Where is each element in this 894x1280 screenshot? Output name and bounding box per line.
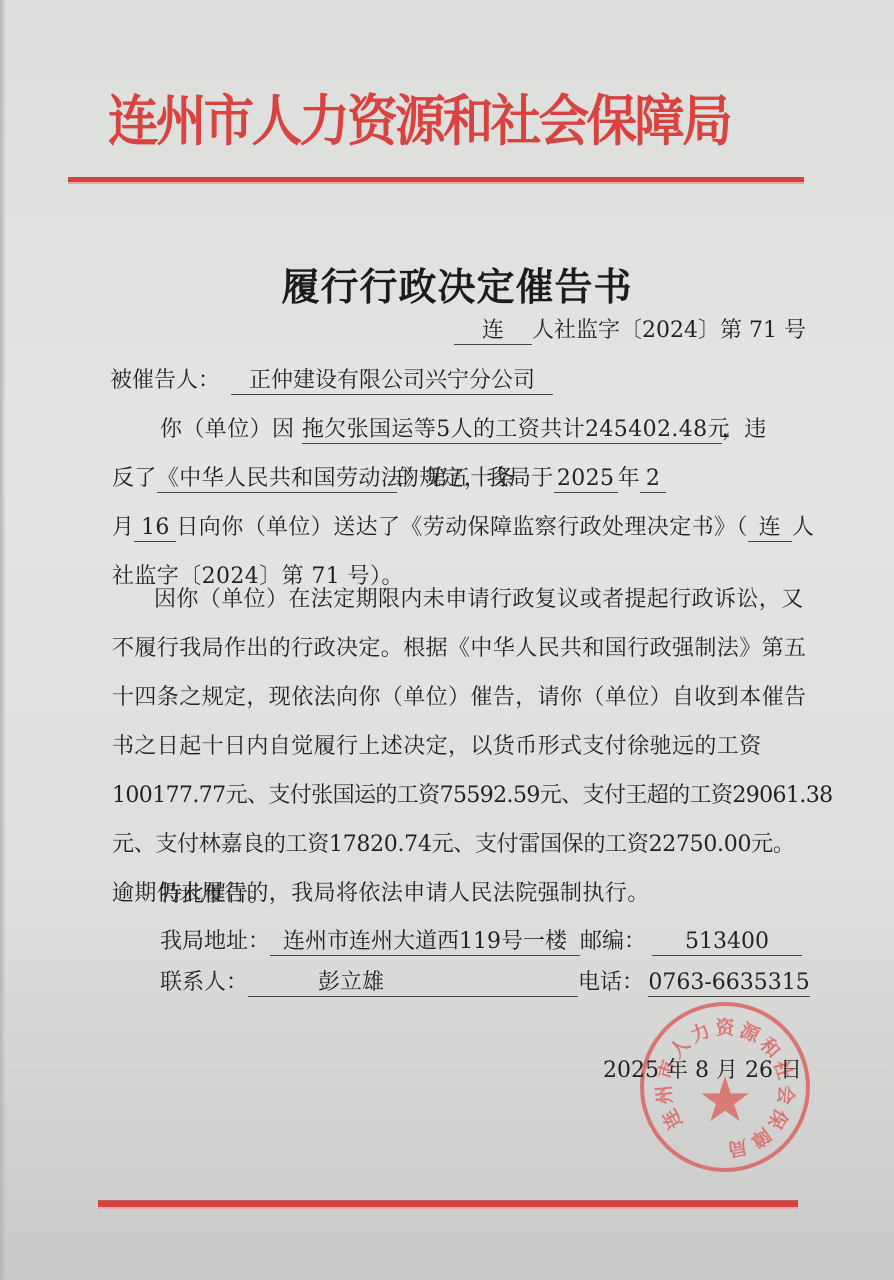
month-fill: 2	[640, 466, 666, 493]
recipient-label: 被催告人：	[110, 368, 220, 393]
p1-text: 反了	[112, 466, 157, 491]
p1-text: 人	[792, 515, 814, 540]
official-seal: 连 州 市 人 力 资 源 和 社 会 保 障 局 ★	[640, 1002, 810, 1172]
contact-value: 彭立雄	[248, 970, 578, 997]
page-edge-shadow	[0, 0, 6, 1280]
document-page: 连州市人力资源和社会保障局 履行行政决定催告书 连人社监字〔2024〕第 71 …	[0, 0, 894, 1280]
postcode-label: 邮编：	[580, 929, 646, 954]
contact-label: 联系人：	[160, 970, 248, 995]
issue-date: 2025 年 8 月 26 日	[603, 1056, 802, 1086]
phone-label: 电话：	[578, 970, 644, 995]
closing-text: 特此催告。	[160, 880, 270, 910]
phone-value: 0763-6635315	[648, 970, 810, 997]
p1-text: ，违	[722, 417, 767, 442]
p1-text: 日向你（单位）送达了《劳动保障监察行政处理决定书》（	[176, 515, 747, 540]
document-number: 连人社监字〔2024〕第 71 号	[454, 316, 806, 346]
p2-line-6: 元、支付林嘉良的工资17820.74元、支付雷国保的工资22750.00元。	[112, 820, 795, 869]
p1-line-3: 月16日向你（单位）送达了《劳动保障监察行政处理决定书》（连人	[112, 503, 814, 552]
letterhead-org-name: 连州市人力资源和社会保障局	[108, 88, 715, 154]
recipient-line: 被催告人： 正仲建设有限公司兴宁分公司	[110, 366, 553, 396]
doc-number-suffix: 人社监字〔2024〕第 71 号	[532, 318, 806, 343]
p2-line-2: 不履行我局作出的行政决定。根据《中华人民共和国行政强制法》第五	[112, 624, 806, 673]
postcode-value: 513400	[652, 929, 802, 956]
footer-red-rule	[98, 1200, 798, 1209]
violation-fill: 拖欠张国运等5人的工资共计245402.48元	[302, 417, 722, 444]
p1-line-2: 反了《中华人民共和国劳动法》第五十条的规定，我局于2025年2	[112, 454, 666, 503]
address-line: 我局地址：连州市连州大道西119号一楼邮编：513400	[160, 927, 802, 957]
address-value: 连州市连州大道西119号一楼	[270, 929, 580, 956]
year-fill: 2025	[554, 466, 618, 493]
p2-line-3: 十四条之规定，现依法向你（单位）催告，请你（单位）自收到本催告	[112, 673, 806, 722]
p1-text: 月	[112, 515, 134, 540]
day-fill: 16	[134, 515, 176, 542]
letterhead-red-rule	[68, 177, 804, 184]
document-title: 履行行政决定催告书	[0, 256, 894, 311]
p1-text: 的规定，我局于	[397, 466, 554, 491]
recipient-value: 正仲建设有限公司兴宁分公司	[231, 368, 553, 395]
p1-text: 你（单位）因	[160, 417, 294, 442]
doc-number-prefix-fill: 连	[454, 318, 532, 345]
p2-line-1: 因你（单位）在法定期限内未申请行政复议或者提起行政诉讼，又	[154, 575, 804, 624]
p2-line-5: 100177.77元、支付张国运的工资75592.59元、支付王超的工资2906…	[112, 771, 833, 820]
law-fill: 《中华人民共和国劳动法》第五十条	[157, 466, 397, 493]
address-label: 我局地址：	[160, 929, 270, 954]
decision-prefix-fill: 连	[748, 515, 792, 542]
p1-text: 年	[618, 466, 640, 491]
p1-line-1: 你（单位）因 拖欠张国运等5人的工资共计245402.48元，违	[160, 405, 767, 454]
p2-line-4: 书之日起十日内自觉履行上述决定，以货币形式支付徐驰远的工资	[112, 722, 762, 771]
contact-line: 联系人：彭立雄电话：0763-6635315	[160, 968, 810, 998]
